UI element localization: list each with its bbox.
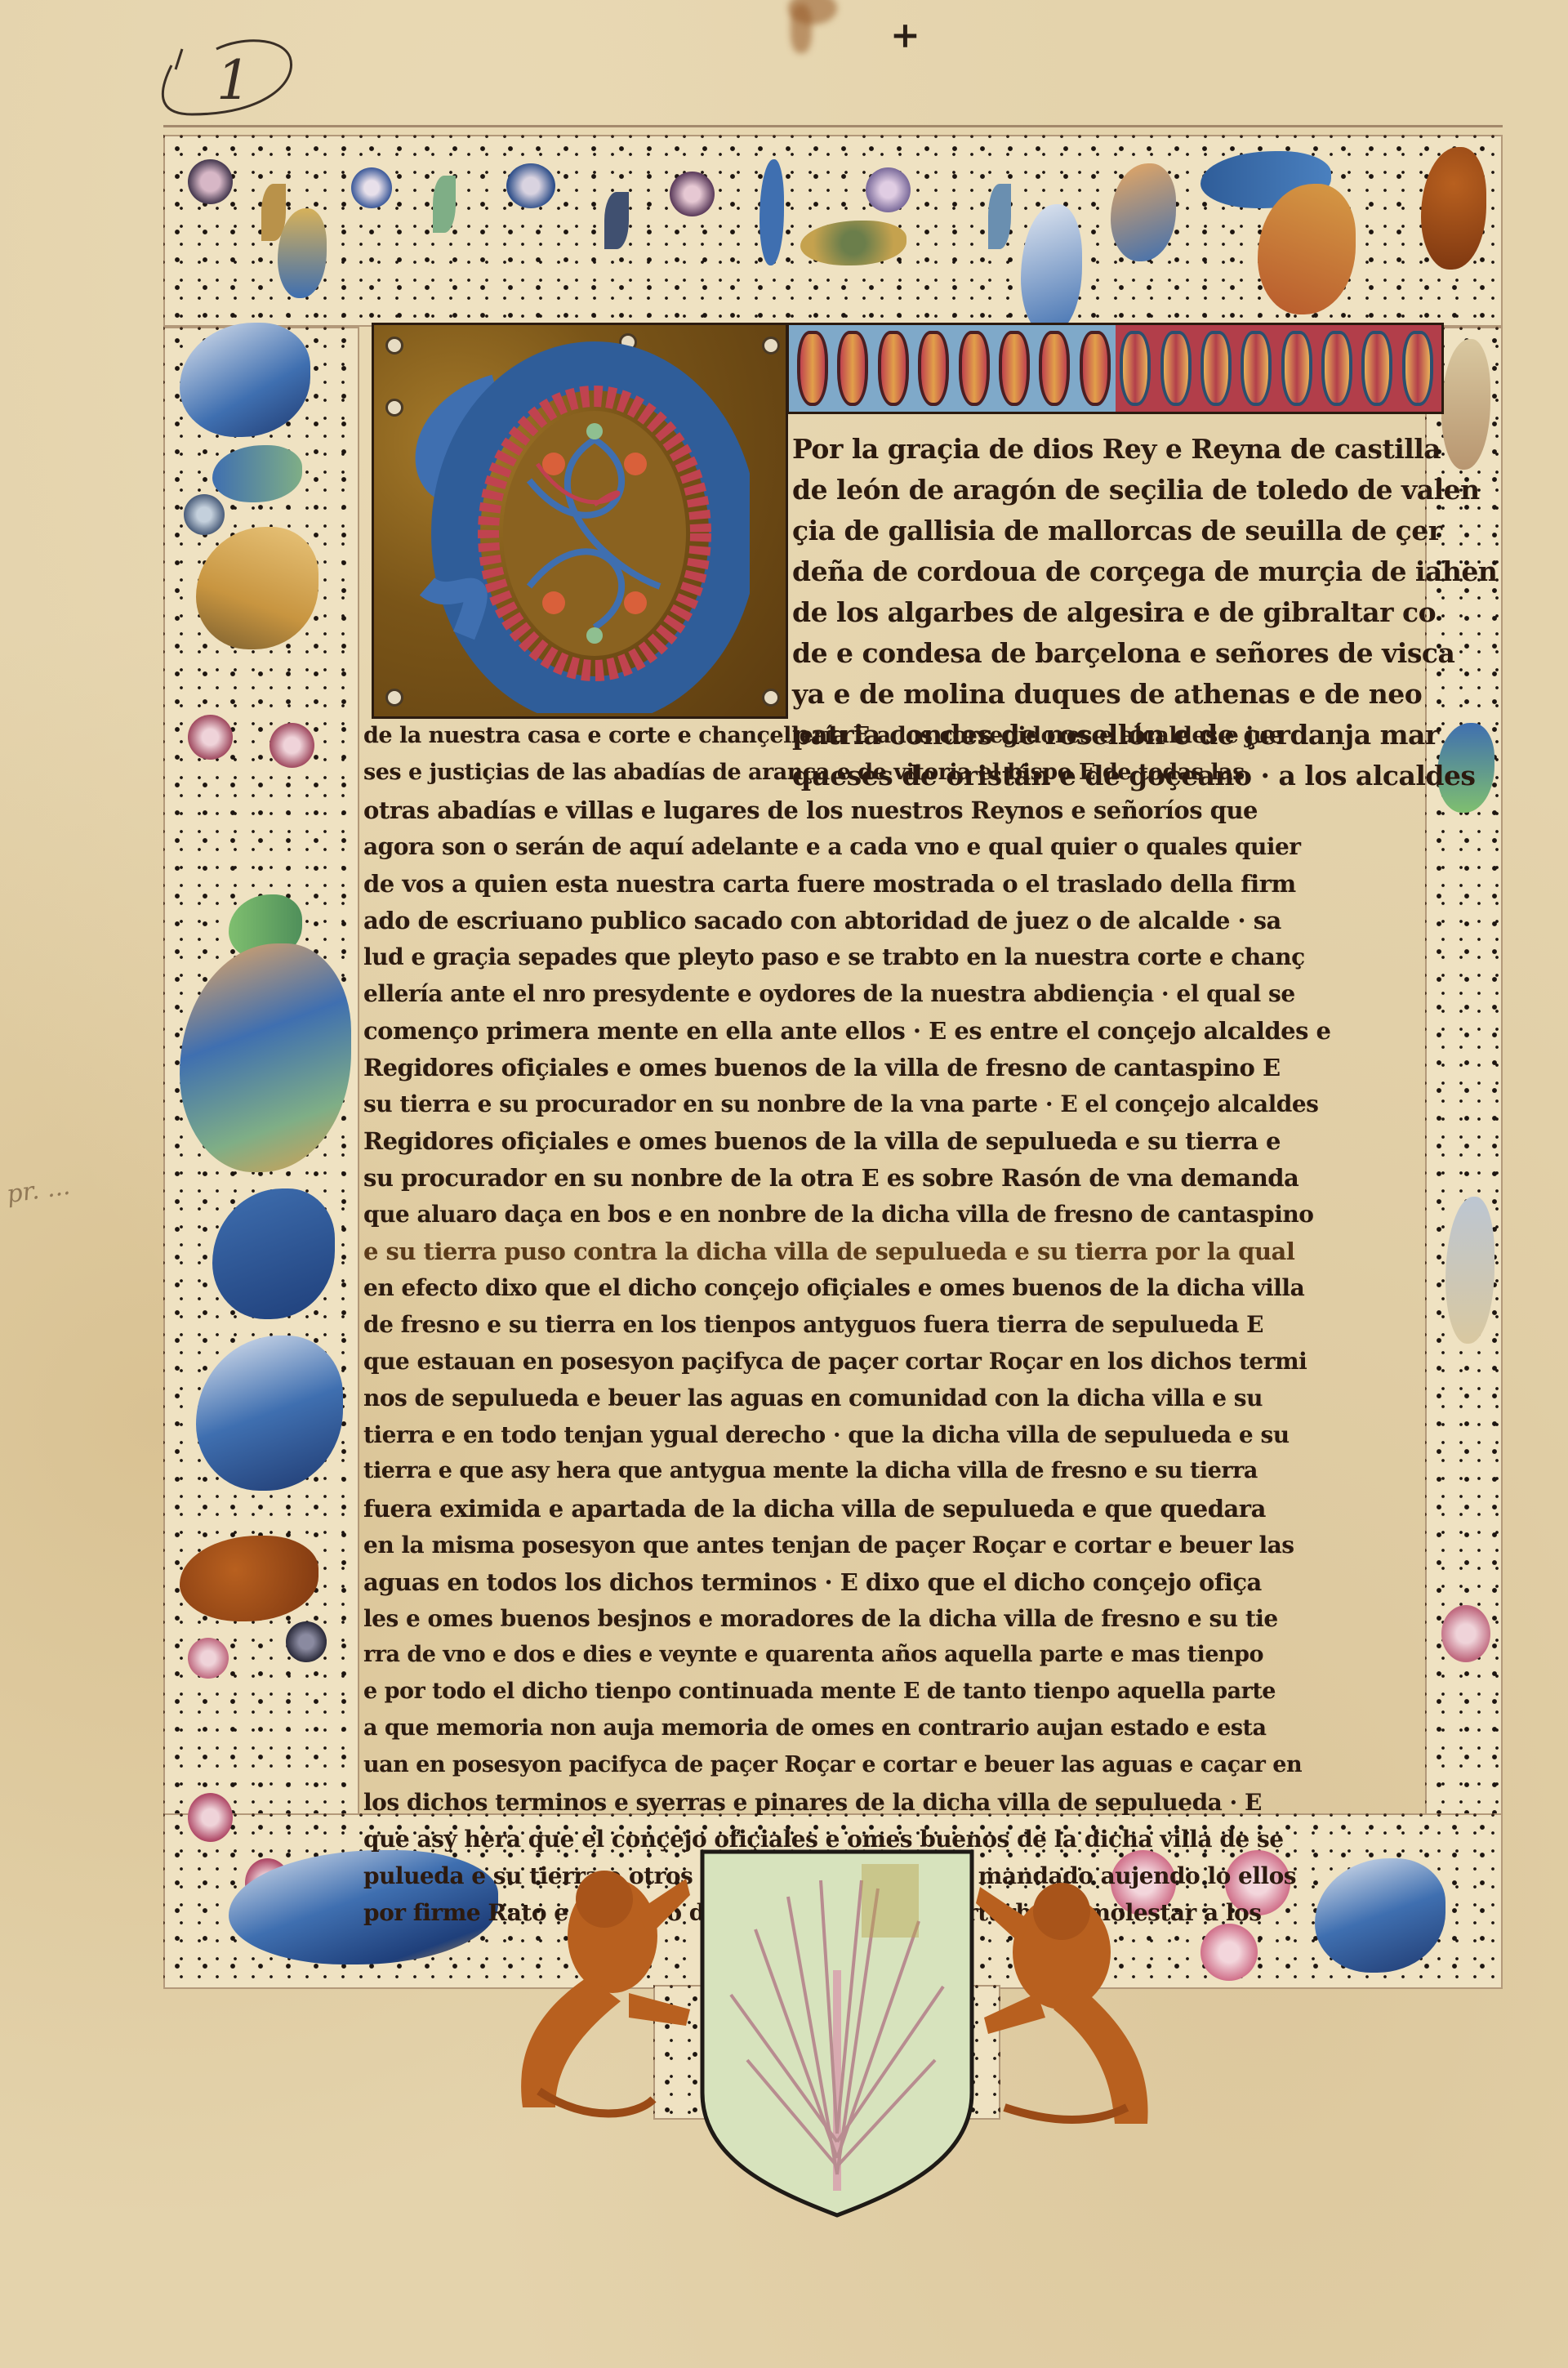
text-line: su tierra e su procurador en su nonbre d…: [363, 1090, 1318, 1117]
text-line: de la nuestra casa e corte e chançellerí…: [363, 723, 1282, 748]
letter-d-icon: [407, 341, 750, 713]
text-line: nos de sepulueda e beuer las aguas en co…: [363, 1385, 1263, 1411]
capital-letter-icon: [918, 331, 949, 406]
text-line: çia de gallisia de mallorcas de seuilla …: [792, 515, 1442, 546]
margin-note: pr. ...: [5, 1172, 72, 1210]
leaf-icon: [433, 176, 456, 233]
text-line: e por todo el dicho tienpo continuada me…: [363, 1679, 1276, 1704]
boss-icon: [385, 337, 403, 355]
text-line: aguas en todos los dichos terminos · E d…: [363, 1568, 1262, 1596]
text-line: los dichos terminos e syerras e pinares …: [363, 1789, 1262, 1816]
text-line: de los algarbes de algesira e de gibralt…: [792, 596, 1436, 628]
flower-icon: [188, 159, 233, 204]
flower-icon: [670, 172, 715, 216]
text-line: otras abadías e villas e lugares de los …: [363, 796, 1258, 824]
folio-number: 1: [216, 49, 251, 112]
foliation-mark: 1: [151, 33, 298, 123]
flower-icon: [188, 1638, 229, 1679]
text-line: fuera eximida e apartada de la dicha vil…: [363, 1495, 1266, 1523]
text-line: començo primera mente en ella ante ellos…: [363, 1017, 1331, 1045]
text-line: en la misma posesyon que antes tenjan de…: [363, 1532, 1294, 1559]
text-line: ya e de molina duques de athenas e de ne…: [792, 678, 1422, 710]
text-line: tierra e en todo tenjan ygual derecho · …: [363, 1421, 1290, 1448]
flower-icon: [351, 167, 392, 208]
flower-icon: [1200, 1924, 1258, 1981]
boss-icon: [385, 689, 403, 707]
capital-letter-icon: [1321, 331, 1352, 406]
leaf-icon: [604, 192, 629, 249]
text-line: e su tierra puso contra la dicha villa d…: [363, 1238, 1294, 1265]
flower-icon: [188, 1793, 233, 1842]
capital-letter-icon: [797, 331, 828, 406]
capital-letter-icon: [1361, 331, 1392, 406]
lion-right-icon: [972, 1862, 1176, 2132]
text-line: su procurador en su nonbre de la otra E …: [363, 1164, 1298, 1192]
text-line: lud e graçia sepades que pleyto paso e s…: [363, 943, 1305, 970]
coat-of-arms-shield: [698, 1848, 976, 2219]
text-line: ado de escriuano publico sacado con abto…: [363, 907, 1281, 934]
flower-icon: [188, 715, 233, 760]
text-line: de e condesa de barçelona e señores de v…: [792, 637, 1454, 669]
illuminated-initial: [372, 323, 788, 719]
flower-icon: [506, 163, 555, 208]
text-line: tierra e que asy hera que antygua mente …: [363, 1458, 1258, 1483]
text-line: ses e justiçias de las abadías de arança…: [363, 760, 1245, 785]
boss-icon: [762, 689, 780, 707]
text-line: les e omes buenos besjnos e moradores de…: [363, 1605, 1278, 1632]
text-line: Regidores ofiçiales e omes buenos de la …: [363, 1054, 1281, 1081]
text-line: en efecto dixo que el dicho conçejo ofiç…: [363, 1274, 1304, 1301]
boss-icon: [762, 337, 780, 355]
text-line: Por la graçia de dios Rey e Reyna de cas…: [792, 433, 1441, 465]
capital-letter-icon: [1200, 331, 1232, 406]
capital-letter-icon: [1402, 331, 1433, 406]
banner-capitals: [797, 328, 1433, 408]
capital-letter-icon: [1281, 331, 1312, 406]
text-line: de vos a quien esta nuestra carta fuere …: [363, 870, 1296, 898]
text-line: Regidores ofiçiales e omes buenos de la …: [363, 1127, 1281, 1155]
thistle-icon: [286, 1621, 327, 1662]
text-line: agora son o serán de aquí adelante e a c…: [363, 833, 1301, 860]
ink-stain: [791, 4, 812, 53]
capital-letter-icon: [999, 331, 1030, 406]
text-line: a que memoria non auja memoria de omes e…: [363, 1715, 1267, 1741]
text-line: de león de aragón de seçilia de toledo d…: [792, 474, 1480, 506]
capital-letter-icon: [1080, 331, 1111, 406]
flower-icon: [866, 167, 911, 212]
leaf-icon: [988, 184, 1011, 249]
text-line: que estauan en posesyon paçifyca de paçe…: [363, 1348, 1307, 1375]
capital-letter-icon: [1241, 331, 1272, 406]
text-line: ellería ante el nro presydente e oydores…: [363, 980, 1295, 1007]
capital-letter-icon: [1039, 331, 1070, 406]
flower-icon: [269, 723, 314, 768]
flower-icon: [184, 494, 225, 535]
heading-banner: [786, 323, 1444, 414]
flower-icon: [1441, 1605, 1490, 1662]
top-mark: +: [890, 15, 920, 56]
capital-letter-icon: [1120, 331, 1151, 406]
text-line: uan en posesyon pacifyca de paçer Roçar …: [363, 1752, 1302, 1777]
capital-letter-icon: [837, 331, 868, 406]
capital-letter-icon: [1160, 331, 1192, 406]
text-line: rra de vno e dos e dies e veynte e quare…: [363, 1642, 1263, 1667]
capital-letter-icon: [878, 331, 909, 406]
capital-letter-icon: [959, 331, 990, 406]
lion-left-icon: [490, 1862, 694, 2132]
boss-icon: [385, 399, 403, 417]
ruling-line: [163, 125, 1503, 127]
text-line: que aluaro daça en bos e en nonbre de la…: [363, 1201, 1313, 1228]
text-line: deña de cordoua de corçega de murçia de …: [792, 555, 1497, 587]
text-line: de fresno e su tierra en los tienpos ant…: [363, 1311, 1263, 1338]
